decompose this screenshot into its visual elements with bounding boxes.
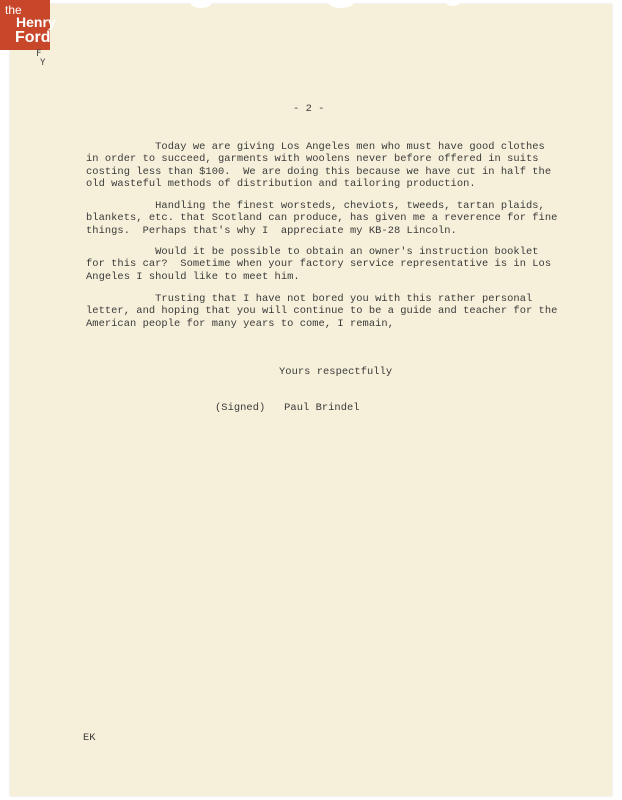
paragraph-3: Would it be possible to obtain an owner'… (86, 246, 551, 283)
paragraph-4: Trusting that I have not bored you with … (86, 293, 557, 330)
typist-initials: EK (83, 732, 96, 744)
page-number: - 2 - (293, 103, 324, 115)
paper-notch (190, 0, 212, 8)
corner-mark-bottom: Y (40, 58, 45, 68)
paper-notch (328, 0, 354, 8)
paragraph-1: Today we are giving Los Angeles men who … (86, 141, 551, 190)
paper-notch (445, 0, 461, 6)
paragraph-2: Handling the finest worsteds, cheviots, … (86, 200, 557, 237)
henry-ford-logo: the Henry Ford (0, 0, 50, 50)
logo-text-ford: Ford (15, 30, 51, 46)
logo-text-henry: Henry (16, 15, 56, 29)
letter-page (10, 4, 612, 796)
signature: (Signed) Paul Brindel (215, 402, 360, 414)
closing: Yours respectfully (279, 366, 392, 378)
